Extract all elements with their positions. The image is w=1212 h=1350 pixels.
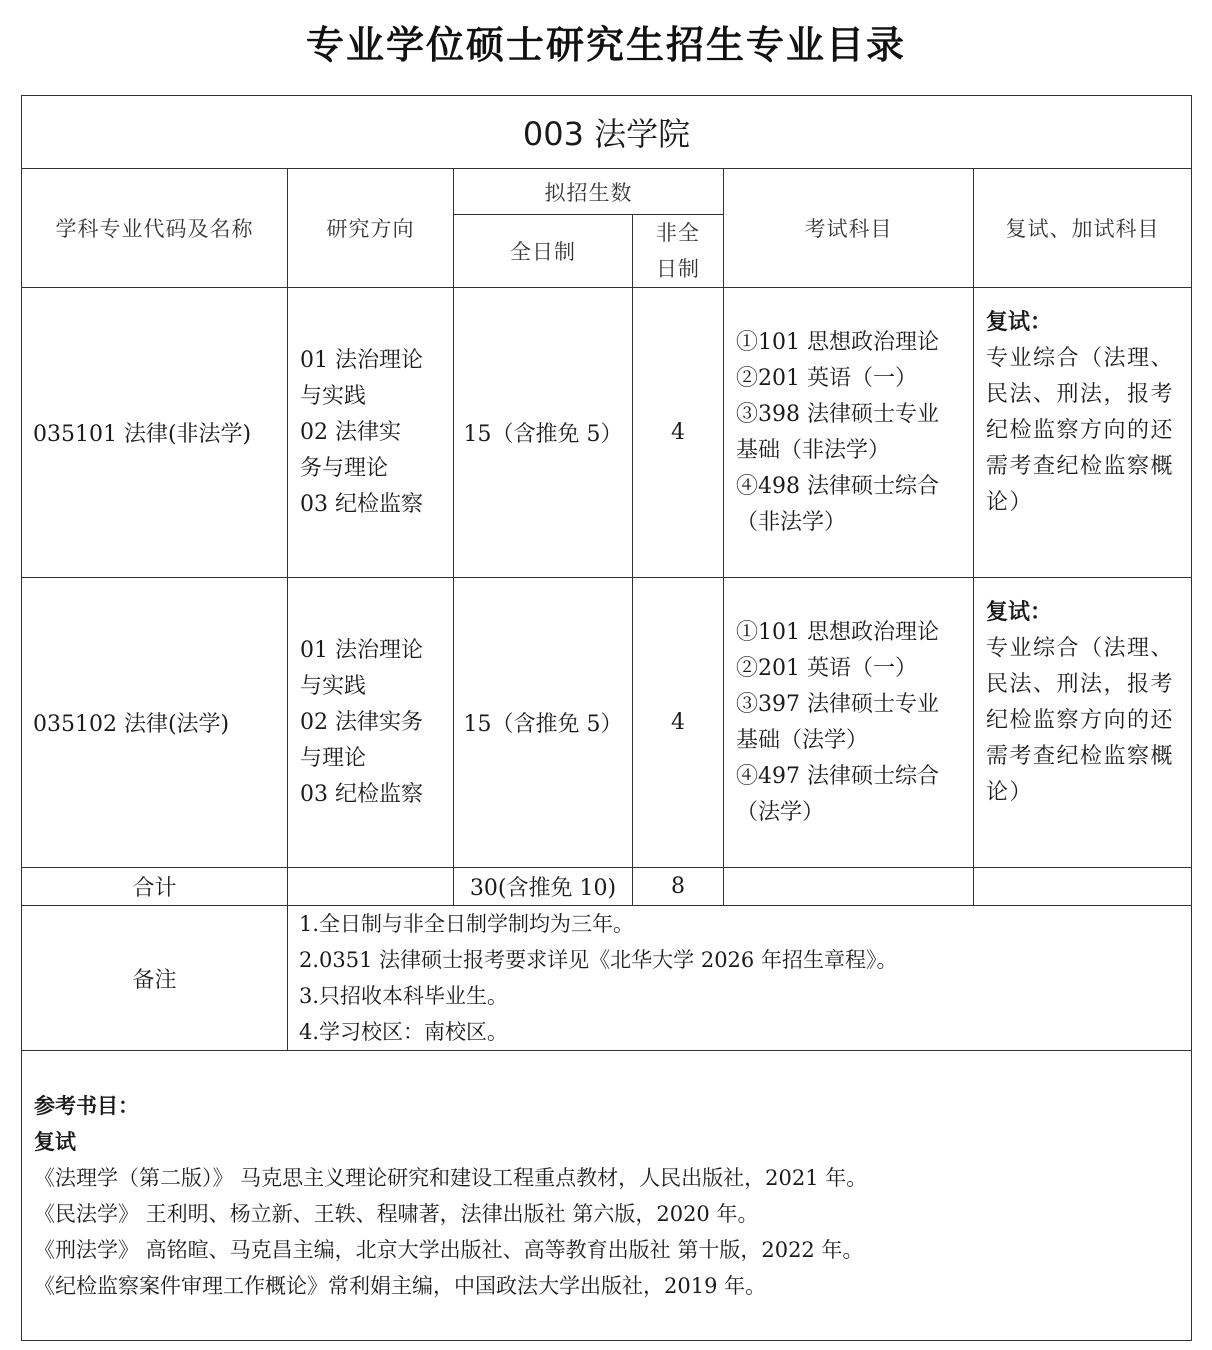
- header-retest-subjects: 复试、加试科目: [974, 169, 1192, 288]
- reference-book: 《法理学（第二版）》 马克思主义理论研究和建设工程重点教材，人民出版社，2021…: [34, 1160, 1179, 1196]
- reference-book: 《刑法学》 高铭暄、马克昌主编，北京大学出版社、高等教育出版社 第十版，2022…: [34, 1232, 1179, 1268]
- retest-text: 专业综合（法理、民法、刑法，报考纪检监察方向的还需考查纪检监察概论）: [986, 341, 1179, 521]
- header-part-time-line2: 日制: [633, 251, 723, 287]
- exam-subject-line: ②201 英语（一）: [736, 361, 961, 397]
- notes-row: 备注 1.全日制与非全日制学制均为三年。 2.0351 法律硕士报考要求详见《北…: [22, 906, 1192, 1051]
- school-name: 003 法学院: [22, 96, 1192, 169]
- retest-subjects: 复试： 专业综合（法理、民法、刑法，报考纪检监察方向的还需考查纪检监察概论）: [974, 578, 1192, 868]
- direction-line: 02 法律实务: [300, 705, 441, 741]
- references-row: 参考书目： 复试 《法理学（第二版）》 马克思主义理论研究和建设工程重点教材，人…: [22, 1051, 1192, 1341]
- exam-subject-line: ①101 思想政治理论: [736, 615, 961, 651]
- direction-line: 与实践: [300, 379, 441, 415]
- direction-line: 01 法治理论: [300, 343, 441, 379]
- exam-subject-line: （非法学）: [736, 505, 961, 541]
- retest-text: 专业综合（法理、民法、刑法，报考纪检监察方向的还需考查纪检监察概论）: [986, 631, 1179, 811]
- exam-subject-line: ①101 思想政治理论: [736, 325, 961, 361]
- page-title: 专业学位硕士研究生招生专业目录: [0, 14, 1212, 69]
- total-row: 合计 30(含推免 10) 8: [22, 868, 1192, 906]
- note-item: 1.全日制与非全日制学制均为三年。: [299, 906, 1180, 942]
- total-empty-exam: [724, 868, 974, 906]
- header-exam-subjects: 考试科目: [724, 169, 974, 288]
- direction-line: 与实践: [300, 669, 441, 705]
- references-section: 复试: [34, 1124, 1179, 1160]
- direction-line: 务与理论: [300, 451, 441, 487]
- note-item: 4.学习校区：南校区。: [299, 1014, 1180, 1050]
- header-full-time: 全日制: [454, 215, 633, 288]
- exam-subject-line: 基础（非法学）: [736, 433, 961, 469]
- part-time-count: 4: [633, 288, 724, 578]
- header-part-time: 非全 日制: [633, 215, 724, 288]
- notes-content: 1.全日制与非全日制学制均为三年。 2.0351 法律硕士报考要求详见《北华大学…: [288, 906, 1192, 1051]
- header-planned-enrollment: 拟招生数: [454, 169, 724, 215]
- header-research-direction: 研究方向: [288, 169, 454, 288]
- exam-subject-line: （法学）: [736, 795, 961, 831]
- retest-label: 复试：: [986, 305, 1179, 341]
- table-row: 035102 法律(法学) 01 法治理论 与实践 02 法律实务 与理论 03…: [22, 578, 1192, 868]
- direction-line: 01 法治理论: [300, 633, 441, 669]
- note-item: 2.0351 法律硕士报考要求详见《北华大学 2026 年招生章程》。: [299, 942, 1180, 978]
- exam-subject-line: ③397 法律硕士专业: [736, 687, 961, 723]
- full-time-count: 15（含推免 5）: [454, 578, 633, 868]
- retest-label: 复试：: [986, 595, 1179, 631]
- reference-book: 《民法学》 王利明、杨立新、王轶、程啸著，法律出版社 第六版，2020 年。: [34, 1196, 1179, 1232]
- exam-subject-line: 基础（法学）: [736, 723, 961, 759]
- total-label: 合计: [22, 868, 288, 906]
- references-label: 参考书目：: [34, 1088, 1179, 1124]
- note-item: 3.只招收本科毕业生。: [299, 978, 1180, 1014]
- exam-subject-line: ④497 法律硕士综合: [736, 759, 961, 795]
- reference-book: 《纪检监察案件审理工作概论》常利娟主编，中国政法大学出版社，2019 年。: [34, 1268, 1179, 1304]
- retest-subjects: 复试： 专业综合（法理、民法、刑法，报考纪检监察方向的还需考查纪检监察概论）: [974, 288, 1192, 578]
- references-content: 参考书目： 复试 《法理学（第二版）》 马克思主义理论研究和建设工程重点教材，人…: [22, 1051, 1192, 1341]
- total-part-time: 8: [633, 868, 724, 906]
- header-major-code-name: 学科专业代码及名称: [22, 169, 288, 288]
- direction-line: 03 纪检监察: [300, 777, 441, 813]
- notes-label: 备注: [22, 906, 288, 1051]
- total-empty-retest: [974, 868, 1192, 906]
- research-directions: 01 法治理论 与实践 02 法律实 务与理论 03 纪检监察: [288, 288, 454, 578]
- exam-subjects: ①101 思想政治理论 ②201 英语（一） ③397 法律硕士专业 基础（法学…: [724, 578, 974, 868]
- research-directions: 01 法治理论 与实践 02 法律实务 与理论 03 纪检监察: [288, 578, 454, 868]
- header-part-time-line1: 非全: [633, 215, 723, 251]
- part-time-count: 4: [633, 578, 724, 868]
- exam-subject-line: ④498 法律硕士综合: [736, 469, 961, 505]
- major-code-name: 035101 法律(非法学): [22, 288, 288, 578]
- exam-subject-line: ②201 英语（一）: [736, 651, 961, 687]
- enrollment-catalog-table: 003 法学院 学科专业代码及名称 研究方向 拟招生数 考试科目 复试、加试科目…: [21, 95, 1192, 1341]
- total-empty-direction: [288, 868, 454, 906]
- major-code-name: 035102 法律(法学): [22, 578, 288, 868]
- exam-subjects: ①101 思想政治理论 ②201 英语（一） ③398 法律硕士专业 基础（非法…: [724, 288, 974, 578]
- table-row: 035101 法律(非法学) 01 法治理论 与实践 02 法律实 务与理论 0…: [22, 288, 1192, 578]
- direction-line: 03 纪检监察: [300, 487, 441, 523]
- total-full-time: 30(含推免 10): [454, 868, 633, 906]
- exam-subject-line: ③398 法律硕士专业: [736, 397, 961, 433]
- direction-line: 与理论: [300, 741, 441, 777]
- direction-line: 02 法律实: [300, 415, 441, 451]
- full-time-count: 15（含推免 5）: [454, 288, 633, 578]
